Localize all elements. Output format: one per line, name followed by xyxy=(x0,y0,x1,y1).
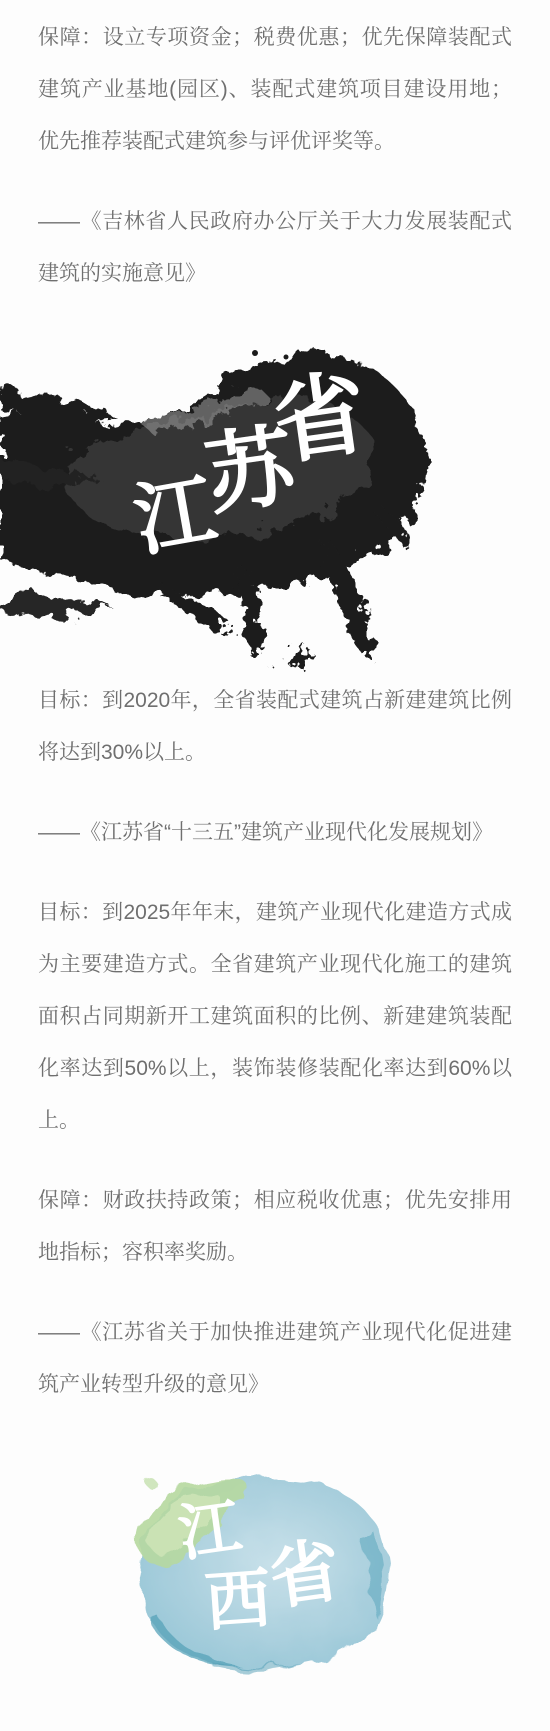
article-page: 保障：设立专项资金；税费优惠；优先保障装配式建筑产业基地(园区)、装配式建筑项目… xyxy=(0,0,550,1679)
jiangxi-char-xi: 西 xyxy=(202,1559,273,1641)
jiangsu-char-sheng: 省 xyxy=(267,358,373,478)
paragraph-jiangsu-goal-2020: 目标：到2020年，全省装配式建筑占新建建筑比例将达到30%以上。 xyxy=(38,675,512,779)
paragraph-jilin-guarantee: 保障：设立专项资金；税费优惠；优先保障装配式建筑产业基地(园区)、装配式建筑项目… xyxy=(38,12,512,168)
paragraph-jiangsu-guarantee: 保障：财政扶持政策；相应税收优惠；优先安排用地指标；容积率奖励。 xyxy=(38,1175,512,1279)
jiangxi-watercolor-banner: 江 西 省 xyxy=(0,1466,550,1679)
paragraph-jiangsu-goal-2025: 目标：到2025年年末，建筑产业现代化建造方式成为主要建造方式。全省建筑产业现代… xyxy=(38,887,512,1147)
citation-jiangsu-transformation-opinion: ——《江苏省关于加快推进建筑产业现代化促进建筑产业转型升级的意见》 xyxy=(38,1307,512,1411)
citation-jiangsu-13th-five-year-plan: ——《江苏省“十三五”建筑产业现代化发展规划》 xyxy=(38,807,512,859)
jiangxi-char-sheng: 省 xyxy=(265,1528,346,1620)
jiangsu-ink-banner: 江 苏 省 xyxy=(0,328,550,675)
jiangxi-char-jiang: 江 xyxy=(174,1490,246,1571)
citation-jilin-implementation-opinion: ——《吉林省人民政府办公厅关于大力发展装配式建筑的实施意见》 xyxy=(38,196,512,300)
